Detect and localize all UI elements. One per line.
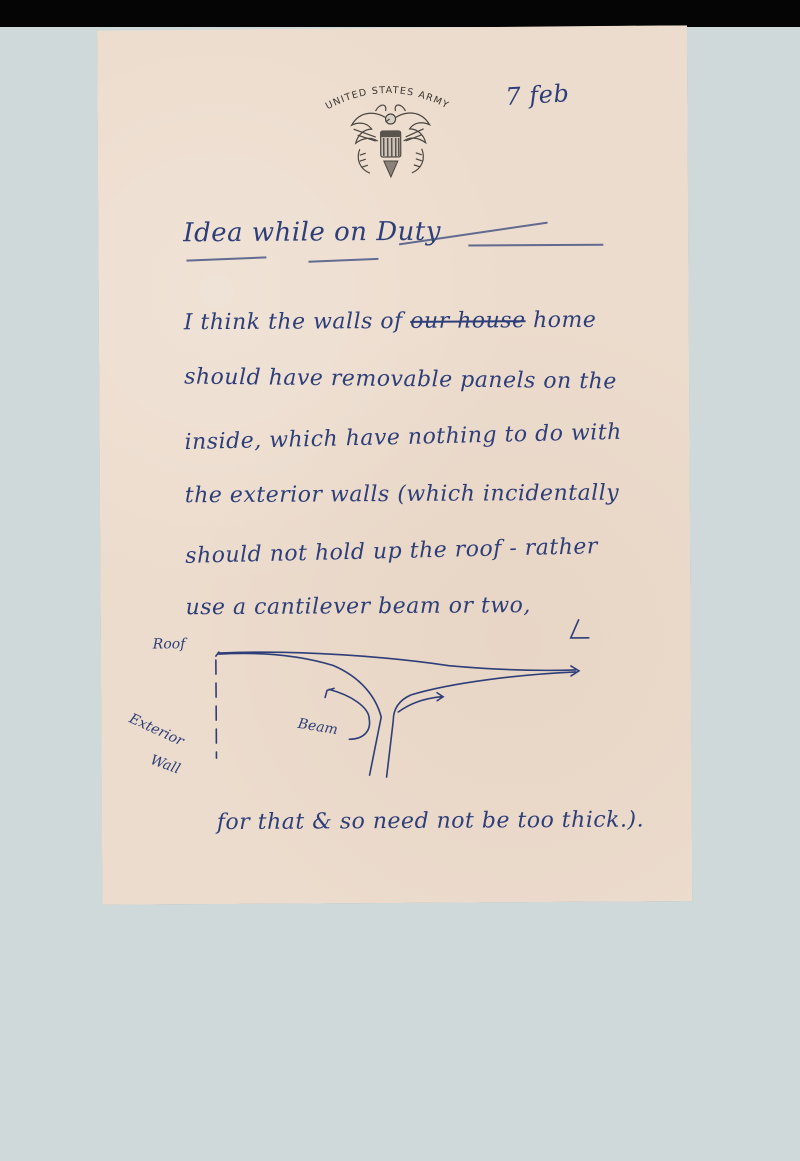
eagle-seal-icon xyxy=(345,99,436,185)
title-underline xyxy=(308,258,378,262)
letterhead: UNITED STATES ARMY xyxy=(307,77,468,178)
body-text: I think the walls of xyxy=(184,309,411,335)
wall-label-line1: Exterior xyxy=(126,710,188,750)
body-line: I think the walls of our house home xyxy=(184,308,597,336)
body-line: use a cantilever beam or two, xyxy=(185,593,530,620)
beam-label: Beam xyxy=(296,716,339,739)
letter-date: 7 feb xyxy=(505,79,570,111)
body-line: should have removable panels on the xyxy=(184,365,617,395)
roof-label: Roof xyxy=(152,636,188,652)
closing-line: for that & so need not be too thick.). xyxy=(217,807,644,835)
scanner-top-edge xyxy=(0,0,800,27)
body-line: inside, which have nothing to do with xyxy=(184,420,622,455)
struck-text: our house xyxy=(410,308,525,334)
letter-sheet: UNITED STATES ARMY 7 feb xyxy=(97,25,692,905)
body-text: home xyxy=(525,308,596,333)
title-underline xyxy=(186,256,266,261)
wall-label-line2: Wall xyxy=(148,752,182,777)
body-line: the exterior walls (which incidentally xyxy=(185,481,619,509)
title-underline xyxy=(468,244,603,246)
body-line: should not hold up the roof - rather xyxy=(185,534,598,569)
